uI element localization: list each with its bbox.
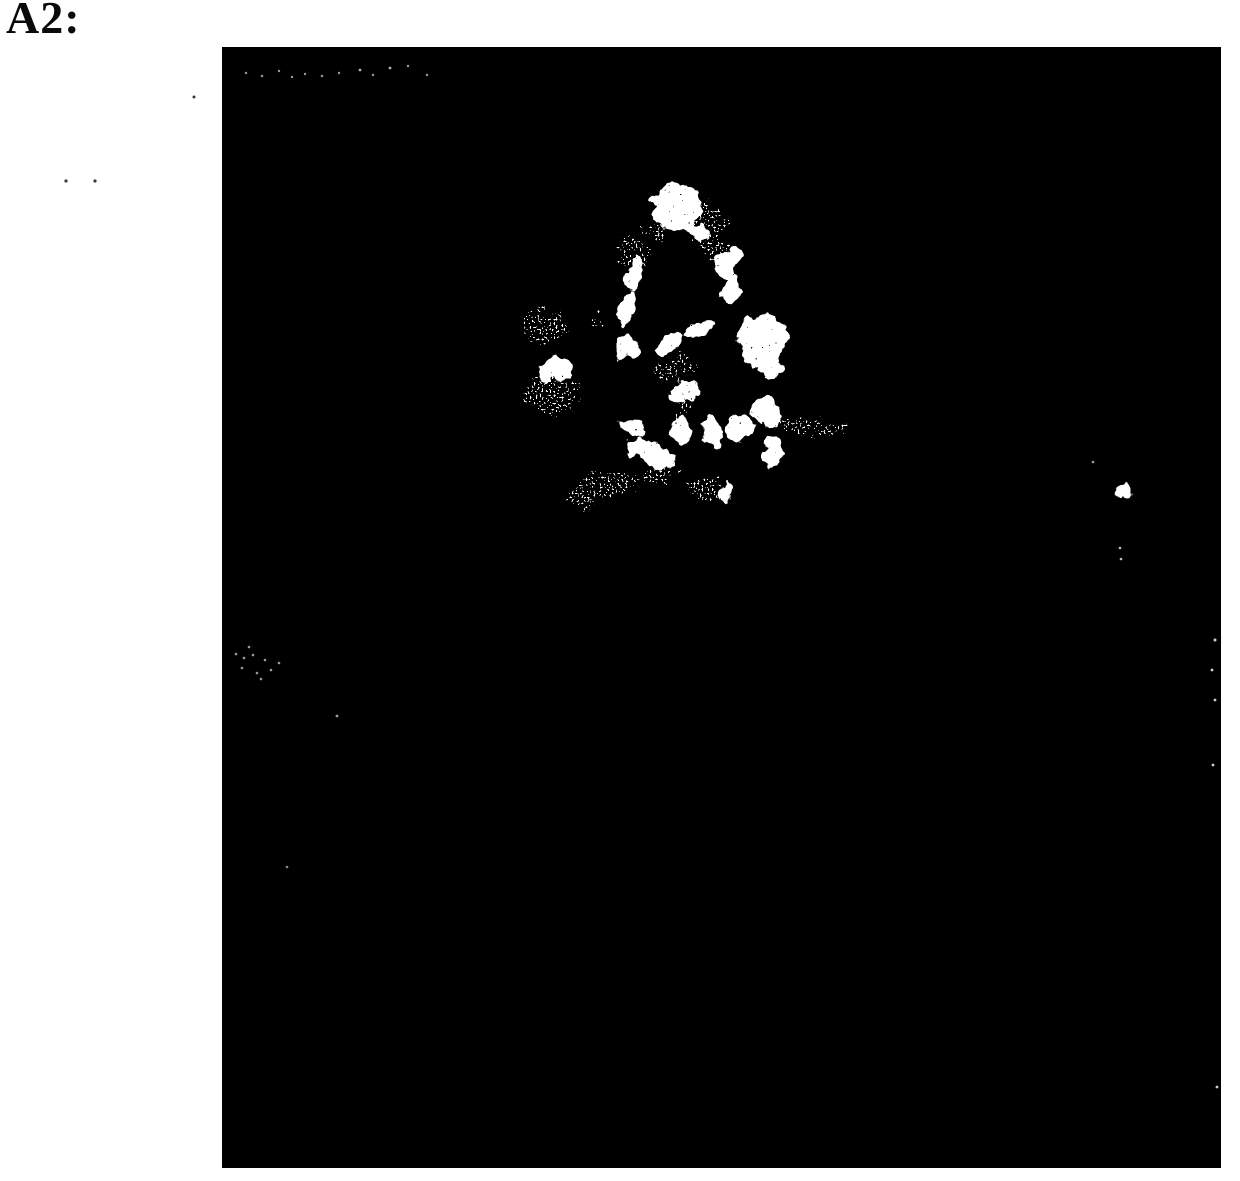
scanned-figure-panel: [0, 0, 1240, 1181]
page-margin-specks: [64, 96, 195, 183]
